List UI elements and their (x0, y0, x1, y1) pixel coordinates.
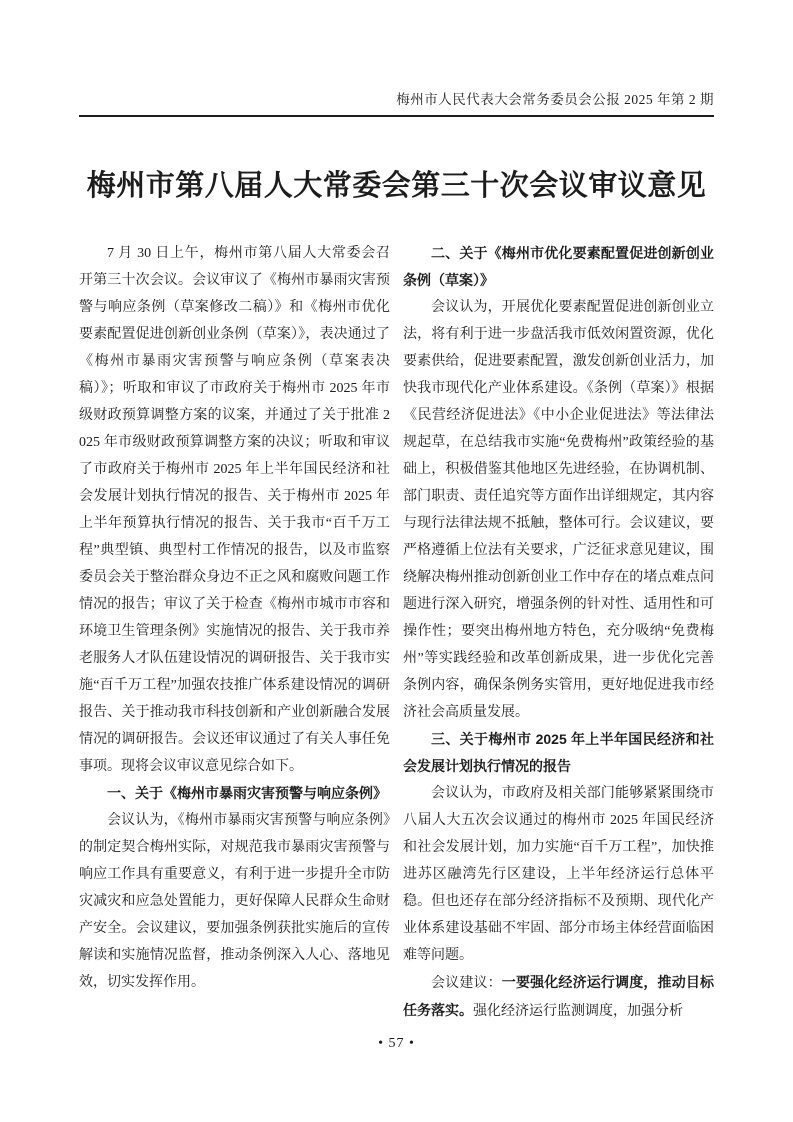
paragraph-section-3-opinion: 会议认为，市政府及相关部门能够紧紧围绕市八届人大五次会议通过的梅州市 2025 … (403, 780, 714, 969)
paragraph-session-summary: 7 月 30 日上午，梅州市第八届人大常委会召开第三十次会议。会议审议了《梅州市… (79, 240, 390, 780)
header-publication-line: 梅州市人民代表大会常务委员会公报 2025 年第 2 期 (79, 90, 714, 117)
body-columns: 7 月 30 日上午，梅州市第八届人大常委会召开第三十次会议。会议审议了《梅州市… (79, 240, 714, 1025)
section-heading-3: 三、关于梅州市 2025 年上半年国民经济和社会发展计划执行情况的报告 (403, 726, 714, 780)
page-number: • 57 • (0, 1036, 793, 1052)
suggestion-prefix-text: 会议建议： (431, 976, 502, 991)
paragraph-section-3-suggestion: 会议建议：一要强化经济运行调度，推动目标任务落实。强化经济运行监测调度，加强分析 (403, 969, 714, 1025)
section-heading-2: 二、关于《梅州市优化要素配置促进创新创业条例（草案）》 (403, 240, 714, 294)
page-title: 梅州市第八届人大常委会第三十次会议审议意见 (0, 163, 793, 204)
document-page: 梅州市人民代表大会常务委员会公报 2025 年第 2 期 梅州市第八届人大常委会… (0, 0, 793, 1122)
left-column: 7 月 30 日上午，梅州市第八届人大常委会召开第三十次会议。会议审议了《梅州市… (79, 240, 390, 1025)
section-heading-1: 一、关于《梅州市暴雨灾害预警与响应条例》 (79, 780, 390, 807)
paragraph-section-2-opinion: 会议认为，开展优化要素配置促进创新创业立法，将有利于进一步盘活我市低效闲置资源，… (403, 294, 714, 726)
paragraph-section-1-opinion: 会议认为，《梅州市暴雨灾害预警与响应条例》的制定契合梅州实际，对规范我市暴雨灾害… (79, 807, 390, 996)
right-column: 二、关于《梅州市优化要素配置促进创新创业条例（草案）》 会议认为，开展优化要素配… (403, 240, 714, 1025)
suggestion-suffix-text: 强化经济运行监测调度，加强分析 (473, 1004, 683, 1019)
